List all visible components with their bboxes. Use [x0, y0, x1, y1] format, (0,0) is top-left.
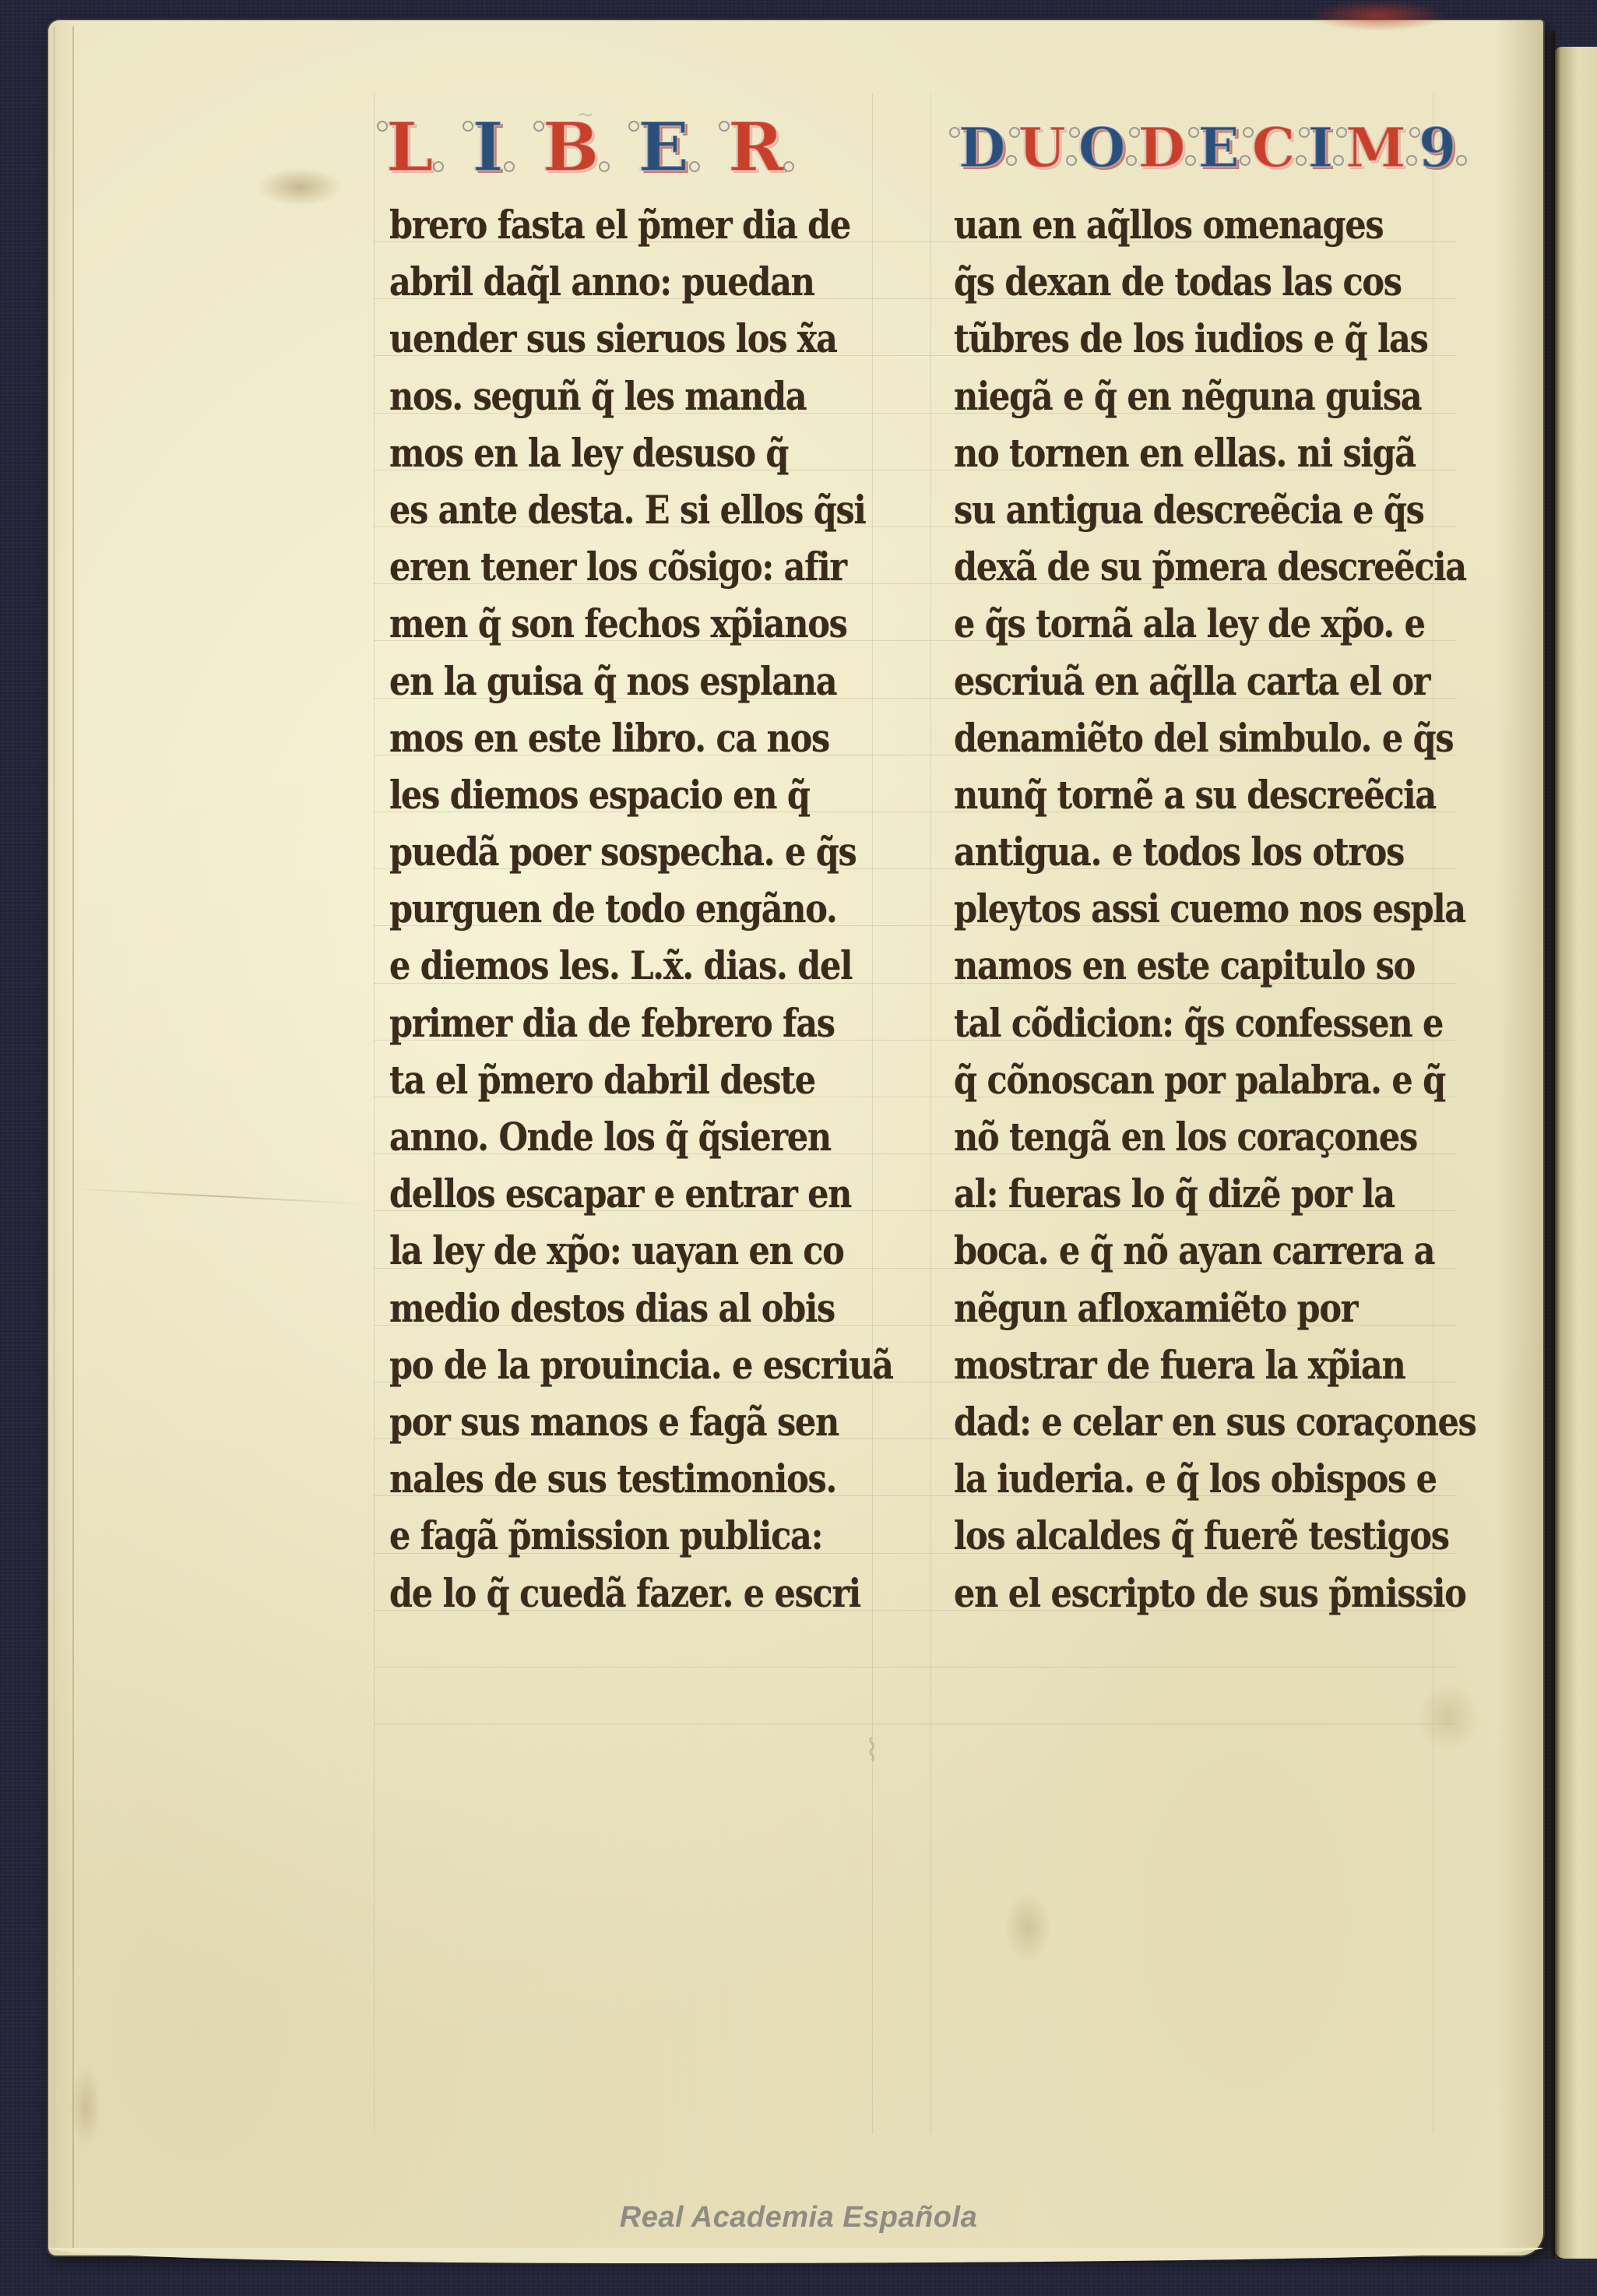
manuscript-line: anno. Onde los q̃ q̃sieren: [389, 1108, 818, 1165]
manuscript-line: e diemos les. L.x̃. dias. del: [389, 937, 818, 994]
rubric-initial: M: [1341, 121, 1411, 175]
rubric-initial: L: [382, 114, 438, 181]
manuscript-line: nales de sus testimonios.: [389, 1450, 818, 1507]
manuscript-line: por sus manos e fagã sen: [389, 1393, 818, 1450]
watermark: Real Academia Española: [0, 2201, 1597, 2234]
manuscript-line: no tornen en ellas. ni sigã: [954, 424, 1382, 481]
manuscript-line: nẽgun afloxamiẽto por: [954, 1280, 1382, 1336]
rubric-initial: D: [954, 121, 1011, 175]
rubric-initial: C: [1247, 121, 1300, 175]
manuscript-line: medio destos dias al obis: [389, 1280, 818, 1336]
faint-show-through: ⌇: [864, 1733, 880, 1769]
manuscript-line: e fagã p̃mission publica:: [389, 1507, 818, 1564]
manuscript-line: brero fasta el p̃mer dia de: [389, 196, 818, 253]
manuscript-line: escriuã en aq̃lla carta el or: [954, 653, 1382, 710]
manuscript-line: q̃s dexan de todas las cos: [954, 253, 1382, 310]
manuscript-line: men q̃ son fechos xp̃ianos: [389, 595, 818, 652]
manuscript-line: nunq̃ tornẽ a su descreẽcia: [954, 766, 1382, 823]
manuscript-line: en la guisa q̃ nos esplana: [389, 653, 818, 710]
manuscript-line: los alcaldes q̃ fuerẽ testigos: [954, 1507, 1382, 1564]
manuscript-line: pleytos assi cuemo nos espla: [954, 880, 1382, 937]
manuscript-line: ta el p̃mero dabril deste: [389, 1051, 818, 1108]
rubric-initial: E: [633, 114, 694, 181]
manuscript-line: su antigua descreẽcia e q̃s: [954, 481, 1382, 538]
manuscript-line: la iuderia. e q̃ los obispos e: [954, 1450, 1382, 1507]
stain: [70, 2064, 101, 2150]
rubric-initial: O: [1074, 121, 1131, 175]
text-column-right: uan en aq̃llos omenagesq̃s dexan de toda…: [954, 196, 1452, 1622]
text-column-left: brero fasta el p̃mer dia deabril daq̃l a…: [389, 196, 888, 1622]
manuscript-line: mos en este libro. ca nos: [389, 710, 818, 766]
next-leaf-edge: [1554, 47, 1597, 2259]
rubric-initial: I: [467, 114, 508, 181]
manuscript-line: antigua. e todos los otros: [954, 823, 1382, 880]
manuscript-line: uender sus sieruos los x̃a: [389, 310, 818, 367]
manuscript-line: primer dia de febrero fas: [389, 995, 818, 1051]
manuscript-line: uan en aq̃llos omenages: [954, 196, 1382, 253]
stain: [1004, 1893, 1051, 1963]
manuscript-line: abril daq̃l anno: puedan: [389, 253, 818, 310]
manuscript-line: dellos escapar e entrar en: [389, 1165, 818, 1222]
rubric-ink-offset: [1308, 0, 1448, 31]
manuscript-line: e q̃s tornã ala ley de xp̃o. e: [954, 595, 1382, 652]
manuscript-line: la ley de xp̃o: uayan en co: [389, 1222, 818, 1279]
rubric-initial: 9: [1414, 121, 1462, 175]
manuscript-line: de lo q̃ cuedã fazer. e escri: [389, 1565, 818, 1622]
manuscript-line: eren tener los cõsigo: afir: [389, 538, 818, 595]
manuscript-line: al: fueras lo q̃ dizẽ por la: [954, 1165, 1382, 1222]
rubric-liber: LIBER: [382, 109, 788, 187]
manuscript-line: tal cõdicion: q̃s confessen e: [954, 995, 1382, 1051]
rubric-duodecimus: DUODECIM9: [954, 109, 1461, 187]
rubric-initial: I: [1303, 121, 1338, 175]
manuscript-line: tũbres de los iudios e q̃ las: [954, 310, 1382, 367]
rubric-initial: B: [538, 114, 604, 181]
rubric-initial: U: [1014, 121, 1071, 175]
manuscript-line: dad: e celar en sus coraçones: [954, 1393, 1382, 1450]
manuscript-line: mostrar de fuera la xp̃ian: [954, 1336, 1382, 1393]
manuscript-line: denamiẽto del simbulo. e q̃s: [954, 710, 1382, 766]
rubric-initial: R: [723, 114, 788, 181]
stain: [1417, 1682, 1479, 1752]
rubric-initial: E: [1193, 121, 1243, 175]
manuscript-line: nos. seguñ q̃ les manda: [389, 368, 818, 424]
manuscript-line: po de la prouincia. e escriuã: [389, 1336, 818, 1393]
manuscript-line: niegã e q̃ en nẽguna guisa: [954, 368, 1382, 424]
manuscript-line: es ante desta. E si ellos q̃si: [389, 481, 818, 538]
manuscript-line: puedã poer sospecha. e q̃s: [389, 823, 818, 880]
manuscript-line: mos en la ley desuso q̃: [389, 424, 818, 481]
manuscript-line: boca. e q̃ nõ ayan carrera a: [954, 1222, 1382, 1279]
stain: [257, 167, 343, 206]
manuscript-line: namos en este capitulo so: [954, 937, 1382, 994]
manuscript-line: en el escripto de sus p̃missio: [954, 1565, 1382, 1622]
manuscript-line: purguen de todo engãno.: [389, 880, 818, 937]
manuscript-line: q̃ cõnoscan por palabra. e q̃: [954, 1051, 1382, 1108]
rubric-initial: D: [1134, 121, 1191, 175]
manuscript-line: les diemos espacio en q̃: [389, 766, 818, 823]
manuscript-line: nõ tengã en los coraçones: [954, 1108, 1382, 1165]
manuscript-line: dexã de su p̃mera descreẽcia: [954, 538, 1382, 595]
